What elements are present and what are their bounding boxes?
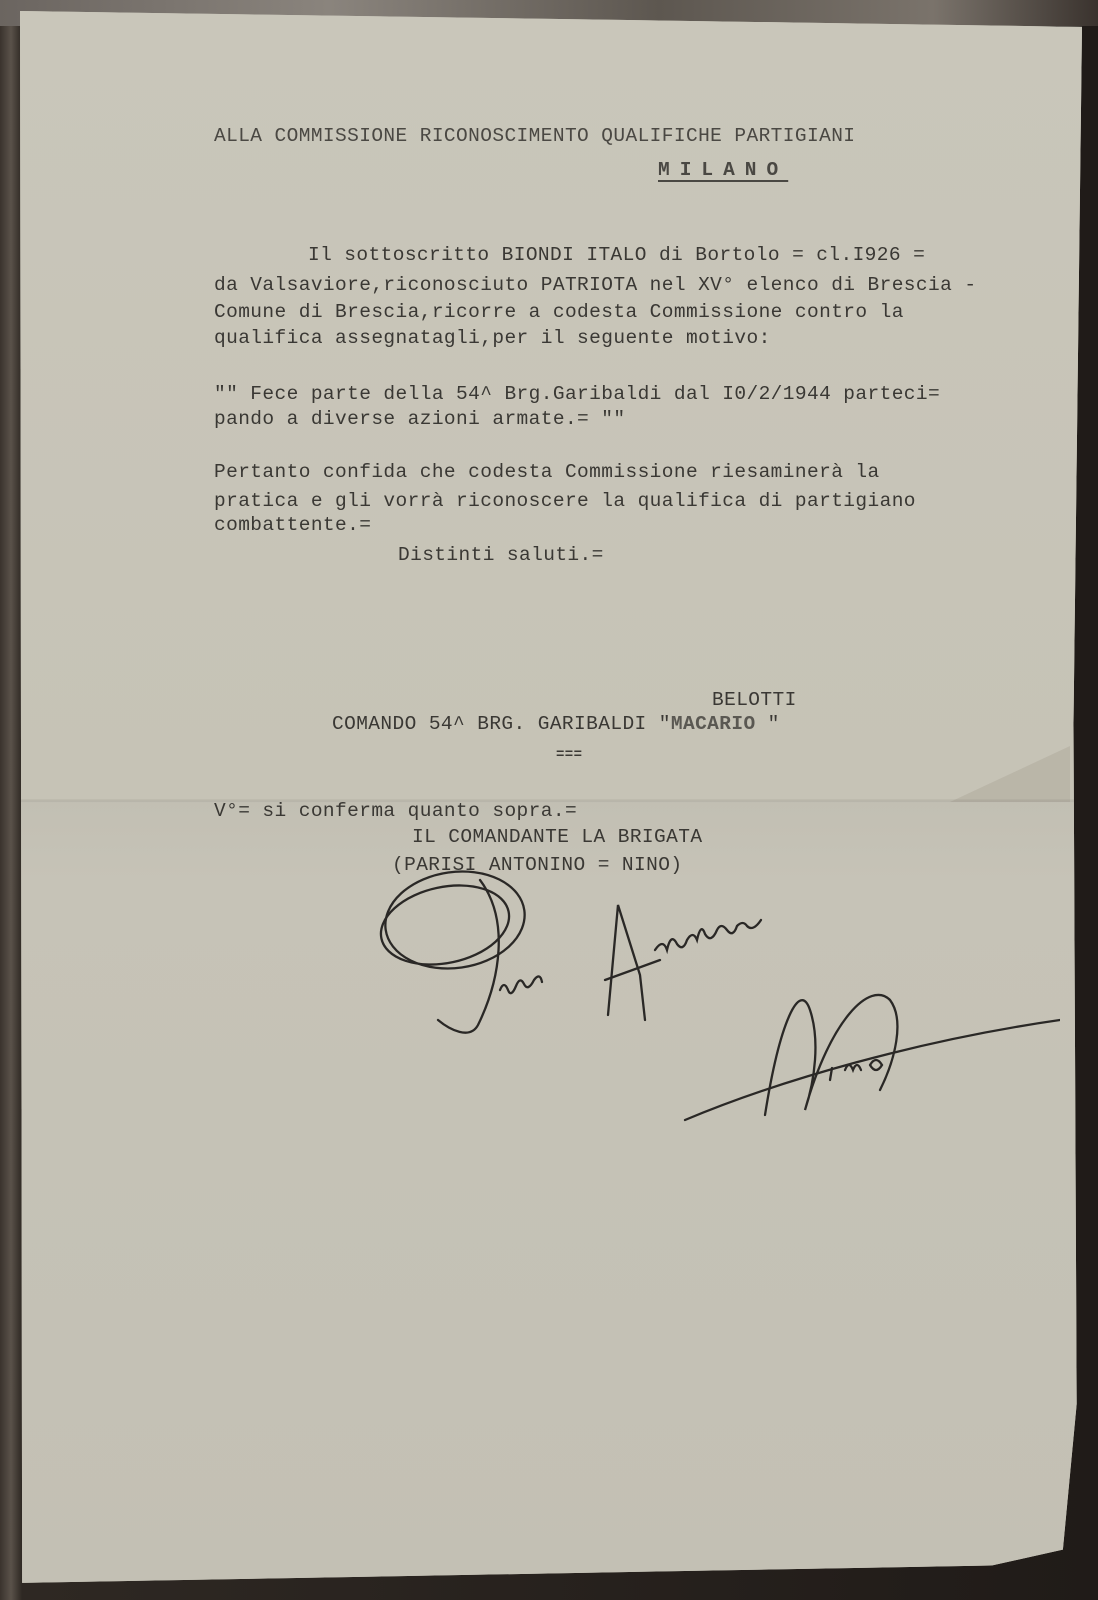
motive-line-2: pando a diverse azioni armate.= "" — [214, 410, 625, 430]
struck-name: MACARIO — [671, 713, 756, 735]
separator-mark: === — [556, 748, 582, 762]
command-suffix: " — [756, 713, 780, 735]
body-line-3: Comune di Brescia,ricorre a codesta Comm… — [214, 303, 904, 323]
body-line-1: Il sottoscritto BIONDI ITALO di Bortolo … — [308, 246, 925, 266]
closing-line-3: combattente.= — [214, 516, 371, 536]
body-line-4: qualifica assegnatagli,per il seguente m… — [214, 329, 771, 349]
body-line-2: da Valsaviore,riconosciuto PATRIOTA nel … — [214, 276, 976, 296]
command-prefix: COMANDO 54^ BRG. GARIBALDI " — [332, 713, 671, 735]
command-line: COMANDO 54^ BRG. GARIBALDI "MACARIO " — [332, 715, 780, 735]
addressee-line: ALLA COMMISSIONE RICONOSCIMENTO QUALIFIC… — [214, 127, 855, 147]
motive-line-1: "" Fece parte della 54^ Brg.Garibaldi da… — [214, 385, 940, 405]
city-heading: MILANO — [658, 161, 788, 181]
handwritten-signature-icon — [360, 860, 1060, 1130]
closing-line-1: Pertanto confida che codesta Commissione… — [214, 463, 880, 483]
name-correction: BELOTTI — [712, 691, 797, 711]
greeting-line: Distinti saluti.= — [398, 546, 604, 566]
closing-line-2: pratica e gli vorrà riconoscere la quali… — [214, 492, 916, 512]
confirmation-line: V°= si conferma quanto sopra.= — [214, 802, 577, 822]
commander-title: IL COMANDANTE LA BRIGATA — [412, 828, 702, 848]
